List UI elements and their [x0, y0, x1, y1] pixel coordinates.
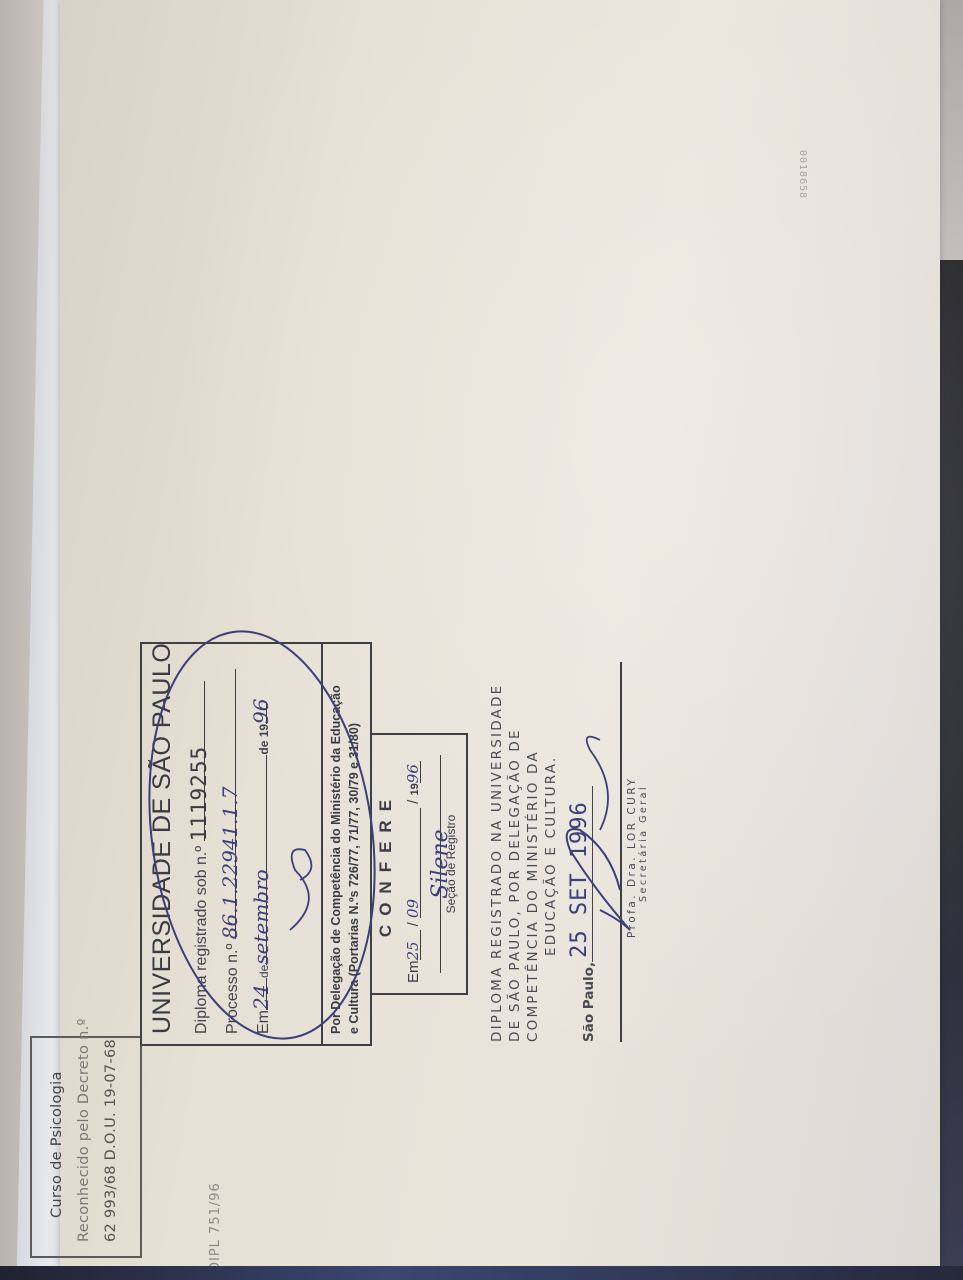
- confere-month: 09: [404, 899, 422, 918]
- registration-number-row: Diploma registrado sob n.º 1119255: [184, 652, 215, 1034]
- confere-date-row: Em25 / 09 / 1996: [398, 745, 428, 983]
- registration-date-row: Em24desetembrode 1996: [246, 652, 277, 1034]
- stamped-date: 25 SET 1996: [567, 801, 592, 958]
- date-of: de: [257, 965, 271, 978]
- course-decree-number: 62 993/68 D.O.U. 19-07-68: [98, 1048, 125, 1242]
- city-label: São Paulo,: [581, 962, 597, 1042]
- registration-line: COMPETÊNCIA DO MINISTÉRIO DA: [524, 642, 542, 1042]
- confere-stamp: CONFERE Em25 / 09 / 1996 Silene Seção de…: [370, 733, 468, 995]
- signatory-role: Secretária Geral: [638, 642, 649, 1042]
- course-decree-label: Reconhecido pelo Decreto n.º: [71, 1048, 98, 1242]
- confere-day: 25: [404, 941, 422, 960]
- registration-line: EDUCAÇÃO E CULTURA.: [542, 642, 560, 1042]
- registration-line: DIPLOMA REGISTRADO NA UNIVERSIDADE: [488, 642, 506, 1042]
- course-recognition-box: Curso de Psicologia Reconhecido pelo Dec…: [30, 1036, 142, 1258]
- diploma-paper: [60, 0, 940, 1268]
- registration-city-date: São Paulo,25 SET 1996: [570, 642, 596, 1042]
- course-name: Curso de Psicologia: [44, 1048, 71, 1242]
- confere-year: 96: [404, 764, 422, 783]
- usp-registration-stamp: UNIVERSIDADE DE SÃO PAULO Diploma regist…: [140, 642, 372, 1046]
- date-month-handwritten: setembro: [249, 869, 273, 964]
- process-number-handwritten: 86.1.22941.1.7: [218, 787, 242, 940]
- dipl-label: DIPL 751/96: [208, 1052, 236, 1272]
- registered-label: Diploma registrado sob n.º: [193, 846, 210, 1034]
- registration-number: 1119255: [187, 746, 211, 842]
- registration-line: DE SÃO PAULO, POR DELEGAÇÃO DE: [506, 642, 524, 1042]
- confere-section: Seção de Registro: [441, 745, 458, 983]
- confere-title: CONFERE: [376, 745, 398, 983]
- background-bottom-edge: [0, 1266, 963, 1280]
- date-prefix: Em: [255, 1010, 272, 1034]
- serial-number: 0018658: [794, 150, 808, 240]
- delegation-text: Por Delegação de Competência do Ministér…: [323, 652, 363, 1034]
- process-label: Processo n.º: [224, 944, 241, 1034]
- date-year-prefix: de 19: [257, 724, 271, 755]
- process-number-row: Processo n.º 86.1.22941.1.7: [215, 652, 246, 1034]
- usp-title: UNIVERSIDADE DE SÃO PAULO: [148, 652, 184, 1034]
- date-year-handwritten: 96: [249, 699, 273, 724]
- registration-block: DIPLOMA REGISTRADO NA UNIVERSIDADE DE SÃ…: [488, 642, 658, 1042]
- date-day-handwritten: 24: [249, 985, 273, 1010]
- signature-area: [277, 652, 317, 1034]
- signatory-name: Profa. Dra. LOR CURY: [622, 642, 638, 1042]
